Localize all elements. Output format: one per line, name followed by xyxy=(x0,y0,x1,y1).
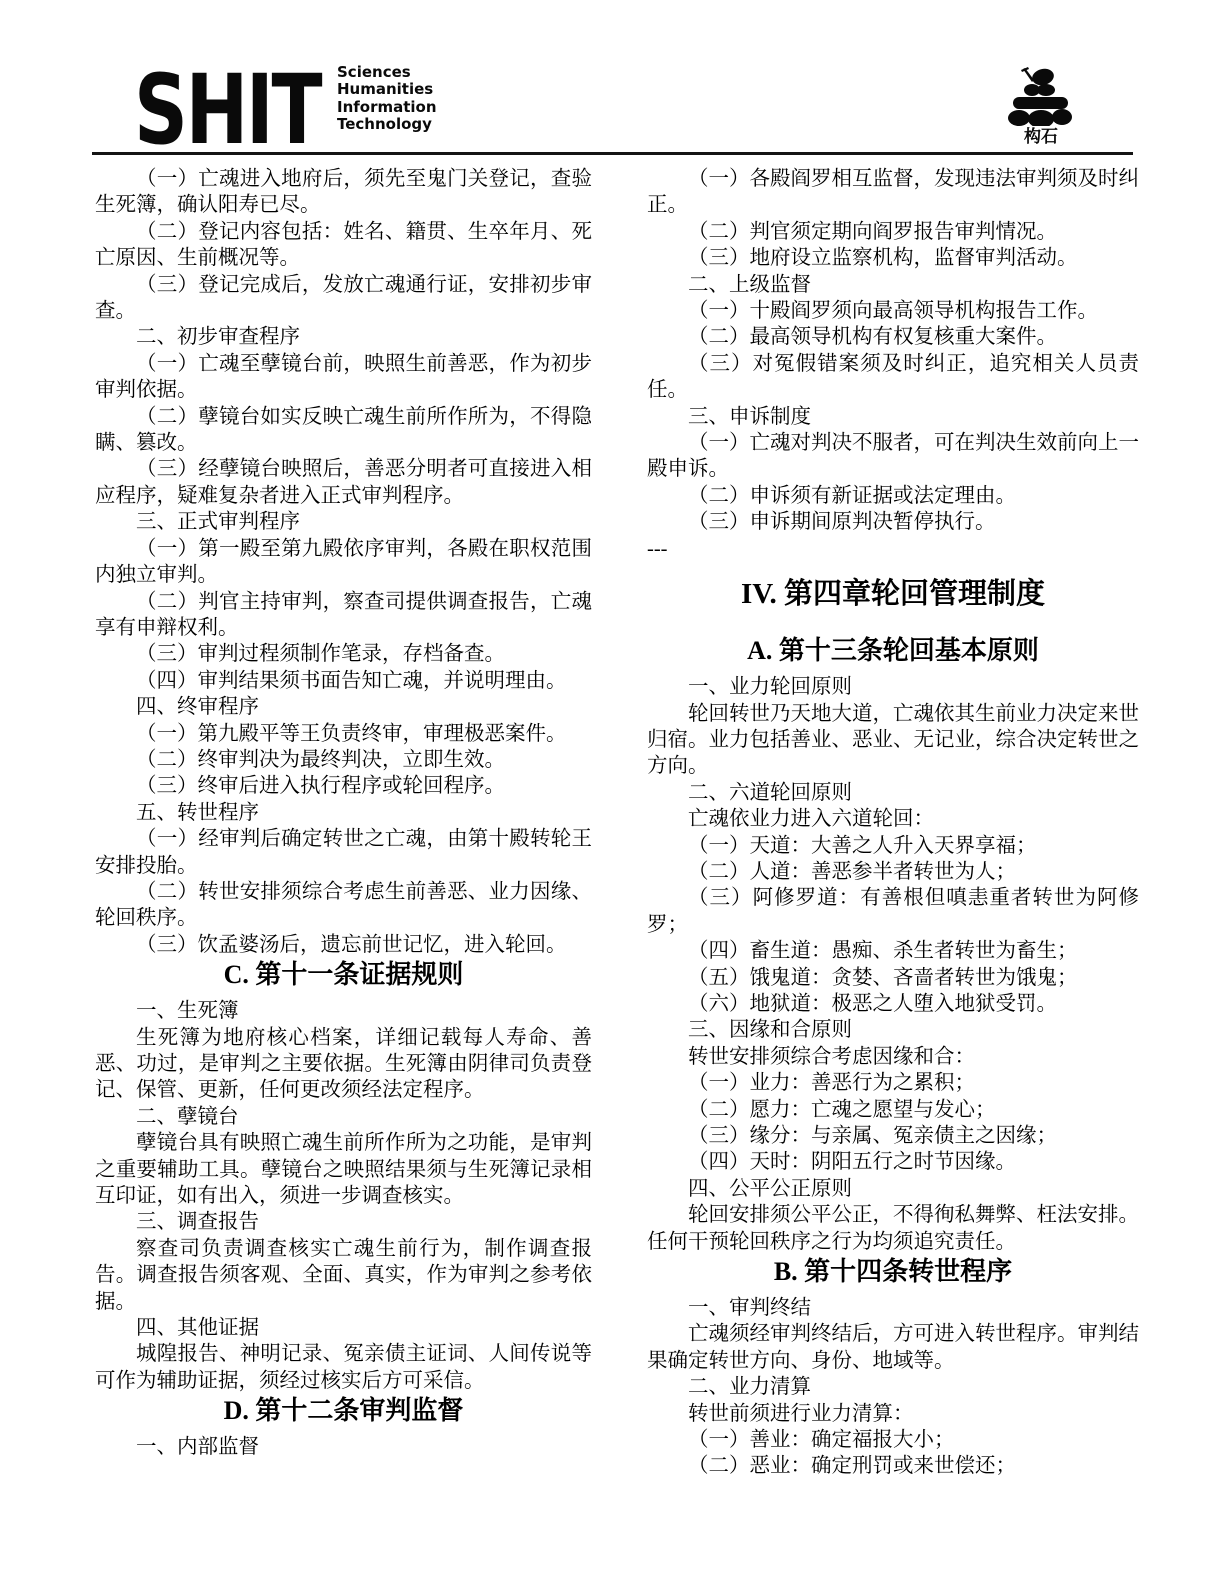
logo-subtitle-line: Sciences xyxy=(337,64,437,81)
paragraph: 察查司负责调查核实亡魂生前行为，制作调查报告。调查报告须客观、全面、真实，作为审… xyxy=(95,1236,592,1315)
rockpile-icon xyxy=(1005,66,1077,126)
header-rule xyxy=(92,152,1133,155)
paragraph: 四、终审程序 xyxy=(95,694,592,720)
logo-subtitle-line: Technology xyxy=(337,116,437,133)
paragraph: （五）饿鬼道：贪婪、吝啬者转世为饿鬼； xyxy=(647,965,1139,991)
shit-logo-wordmark: SHIT xyxy=(134,62,320,158)
paragraph: 亡魂依业力进入六道轮回： xyxy=(647,806,1139,832)
paragraph: （二）恶业：确定刑罚或来世偿还； xyxy=(647,1453,1139,1479)
paragraph: （二）转世安排须综合考虑生前善恶、业力因缘、轮回秩序。 xyxy=(95,879,592,932)
right-column: （一）各殿阎罗相互监督，发现违法审判须及时纠正。（二）判官须定期向阎罗报告审判情… xyxy=(647,166,1139,1480)
paragraph: 一、生死簿 xyxy=(95,998,592,1024)
paragraph: （四）天时：阴阳五行之时节因缘。 xyxy=(647,1149,1139,1175)
paragraph: 五、转世程序 xyxy=(95,800,592,826)
paragraph: （三）地府设立监察机构，监督审判活动。 xyxy=(647,245,1139,271)
paragraph: （三）终审后进入执行程序或轮回程序。 xyxy=(95,773,592,799)
paragraph: （六）地狱道：极恶之人堕入地狱受罚。 xyxy=(647,991,1139,1017)
org-logo-label: 构石 xyxy=(1003,127,1079,147)
paragraph: （二）最高领导机构有权复核重大案件。 xyxy=(647,324,1139,350)
text-separator: --- xyxy=(647,536,1139,562)
paragraph: （一）亡魂至孽镜台前，映照生前善恶，作为初步审判依据。 xyxy=(95,351,592,404)
paragraph: （一）亡魂对判决不服者，可在判决生效前向上一殿申诉。 xyxy=(647,430,1139,483)
paragraph: 孽镜台具有映照亡魂生前所作所为之功能，是审判之重要辅助工具。孽镜台之映照结果须与… xyxy=(95,1130,592,1209)
paragraph: 二、上级监督 xyxy=(647,272,1139,298)
logo-subtitle-line: Information xyxy=(337,99,437,116)
paragraph: （三）饮孟婆汤后，遗忘前世记忆，进入轮回。 xyxy=(95,932,592,958)
paragraph: （二）申诉须有新证据或法定理由。 xyxy=(647,483,1139,509)
paragraph: （三）登记完成后，发放亡魂通行证，安排初步审查。 xyxy=(95,272,592,325)
paragraph: 一、审判终结 xyxy=(647,1295,1139,1321)
paragraph: （三）阿修罗道：有善根但嗔恚重者转世为阿修罗； xyxy=(647,885,1139,938)
paragraph: （一）天道：大善之人升入天界享福； xyxy=(647,833,1139,859)
left-column: （一）亡魂进入地府后，须先至鬼门关登记，查验生死簿，确认阳寿已尽。（二）登记内容… xyxy=(95,166,592,1461)
paragraph: 三、正式审判程序 xyxy=(95,509,592,535)
logo-subtitle-line: Humanities xyxy=(337,81,437,98)
paragraph: （二）人道：善恶参半者转世为人； xyxy=(647,859,1139,885)
paragraph: （二）终审判决为最终判决，立即生效。 xyxy=(95,747,592,773)
paragraph: （一）第九殿平等王负责终审，审理极恶案件。 xyxy=(95,721,592,747)
paragraph: （三）缘分：与亲属、冤亲债主之因缘； xyxy=(647,1123,1139,1149)
paragraph: （三）经孽镜台映照后，善恶分明者可直接进入相应程序，疑难复杂者进入正式审判程序。 xyxy=(95,456,592,509)
paragraph: （三）审判过程须制作笔录，存档备查。 xyxy=(95,641,592,667)
paragraph: 亡魂须经审判终结后，方可进入转世程序。审判结果确定转世方向、身份、地域等。 xyxy=(647,1321,1139,1374)
paragraph: 三、因缘和合原则 xyxy=(647,1017,1139,1043)
logo-subtitle: Sciences Humanities Information Technolo… xyxy=(337,64,437,134)
chapter-heading: IV. 第四章轮回管理制度 xyxy=(647,574,1139,614)
paragraph: 二、孽镜台 xyxy=(95,1104,592,1130)
section-heading: A. 第十三条轮回基本原则 xyxy=(647,634,1139,668)
paragraph: 三、调查报告 xyxy=(95,1209,592,1235)
paragraph: （二）登记内容包括：姓名、籍贯、生卒年月、死亡原因、生前概况等。 xyxy=(95,219,592,272)
paragraph: 四、其他证据 xyxy=(95,1315,592,1341)
paragraph: 转世安排须综合考虑因缘和合： xyxy=(647,1044,1139,1070)
paragraph: 一、内部监督 xyxy=(95,1434,592,1460)
paragraph: （四）畜生道：愚痴、杀生者转世为畜生； xyxy=(647,938,1139,964)
paragraph: （四）审判结果须书面告知亡魂，并说明理由。 xyxy=(95,668,592,694)
paragraph: （一）亡魂进入地府后，须先至鬼门关登记，查验生死簿，确认阳寿已尽。 xyxy=(95,166,592,219)
paragraph: （一）经审判后确定转世之亡魂，由第十殿转轮王安排投胎。 xyxy=(95,826,592,879)
section-heading: B. 第十四条转世程序 xyxy=(647,1255,1139,1289)
section-heading: D. 第十二条审判监督 xyxy=(95,1394,592,1428)
paragraph: 二、初步审查程序 xyxy=(95,324,592,350)
paragraph: 二、业力清算 xyxy=(647,1374,1139,1400)
paragraph: （二）判官主持审判，察查司提供调查报告，亡魂享有申辩权利。 xyxy=(95,589,592,642)
paragraph: （二）愿力：亡魂之愿望与发心； xyxy=(647,1097,1139,1123)
paragraph: （三）申诉期间原判决暂停执行。 xyxy=(647,509,1139,535)
paragraph: （一）十殿阎罗须向最高领导机构报告工作。 xyxy=(647,298,1139,324)
paragraph: （一）第一殿至第九殿依序审判，各殿在职权范围内独立审判。 xyxy=(95,536,592,589)
org-logo: 构石 xyxy=(1003,66,1079,147)
paragraph: 生死簿为地府核心档案，详细记载每人寿命、善恶、功过，是审判之主要依据。生死簿由阴… xyxy=(95,1025,592,1104)
paragraph: 一、业力轮回原则 xyxy=(647,674,1139,700)
paragraph: 三、申诉制度 xyxy=(647,404,1139,430)
paragraph: （二）孽镜台如实反映亡魂生前所作所为，不得隐瞒、篡改。 xyxy=(95,404,592,457)
paragraph: （一）业力：善恶行为之累积； xyxy=(647,1070,1139,1096)
paragraph: 转世前须进行业力清算： xyxy=(647,1401,1139,1427)
paragraph: 轮回安排须公平公正，不得徇私舞弊、枉法安排。任何干预轮回秩序之行为均须追究责任。 xyxy=(647,1202,1139,1255)
paragraph: （一）各殿阎罗相互监督，发现违法审判须及时纠正。 xyxy=(647,166,1139,219)
section-heading: C. 第十一条证据规则 xyxy=(95,958,592,992)
document-page: SHIT Sciences Humanities Information Tec… xyxy=(0,0,1224,1584)
paragraph: （一）善业：确定福报大小； xyxy=(647,1427,1139,1453)
paragraph: （二）判官须定期向阎罗报告审判情况。 xyxy=(647,219,1139,245)
paragraph: 轮回转世乃天地大道，亡魂依其生前业力决定来世归宿。业力包括善业、恶业、无记业，综… xyxy=(647,701,1139,780)
paragraph: （三）对冤假错案须及时纠正，追究相关人员责任。 xyxy=(647,351,1139,404)
paragraph: 城隍报告、神明记录、冤亲债主证词、人间传说等可作为辅助证据，须经过核实后方可采信… xyxy=(95,1341,592,1394)
paragraph: 二、六道轮回原则 xyxy=(647,780,1139,806)
paragraph: 四、公平公正原则 xyxy=(647,1176,1139,1202)
